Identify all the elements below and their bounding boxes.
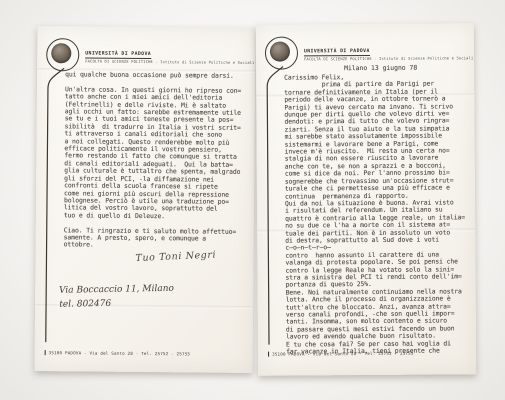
- handwritten-address: Via Boccaccio 11, Milano tel. 802476: [59, 282, 174, 312]
- typed-letter-body: qui qualche buona occasione può sempre d…: [64, 71, 252, 250]
- letter-page-1: UNIVERSITÀ DI PADOVA FACOLTÀ DI SCIENZE …: [256, 23, 476, 376]
- university-seal-icon: [265, 36, 298, 69]
- faculty-name: FACOLTÀ DI SCIENZE POLITICHE - Istituto …: [85, 59, 254, 64]
- university-seal-emblem: [51, 43, 71, 63]
- university-name: UNIVERSITÀ DI PADOVA: [304, 49, 370, 56]
- typed-letter-body: Carissimo Felix, prima di partire da Par…: [284, 73, 472, 356]
- address-street: Via Boccaccio 11, Milano: [59, 282, 174, 298]
- letterhead-footer: 35100 PADOVA - Via del Santo 28 - Tel. 2…: [268, 351, 414, 357]
- university-seal-emblem: [270, 42, 290, 62]
- letter-page-2: UNIVERSITÀ DI PADOVA FACOLTÀ DI SCIENZE …: [34, 26, 255, 373]
- letterhead: UNIVERSITÀ DI PADOVA FACOLTÀ DI SCIENZE …: [85, 39, 250, 64]
- photo-background: UNIVERSITÀ DI PADOVA FACOLTÀ DI SCIENZE …: [0, 0, 505, 400]
- faculty-row: FACOLTÀ DI SCIENZE POLITICHE - Istituto …: [85, 59, 250, 64]
- faculty-row: FACOLTÀ DI SCIENZE POLITICHE - Istituto …: [304, 56, 469, 61]
- letterhead: UNIVERSITÀ DI PADOVA FACOLTÀ DI SCIENZE …: [304, 36, 469, 61]
- handwritten-signature: Tuo Toni Negri: [135, 250, 216, 265]
- university-name: UNIVERSITÀ DI PADOVA: [85, 51, 151, 58]
- address-phone: tel. 802476: [59, 296, 174, 312]
- university-seal-icon: [46, 38, 79, 71]
- faculty-name: FACOLTÀ DI SCIENZE POLITICHE - Istituto …: [304, 56, 473, 61]
- letter-date: Milano 13 giugno 78: [344, 64, 417, 73]
